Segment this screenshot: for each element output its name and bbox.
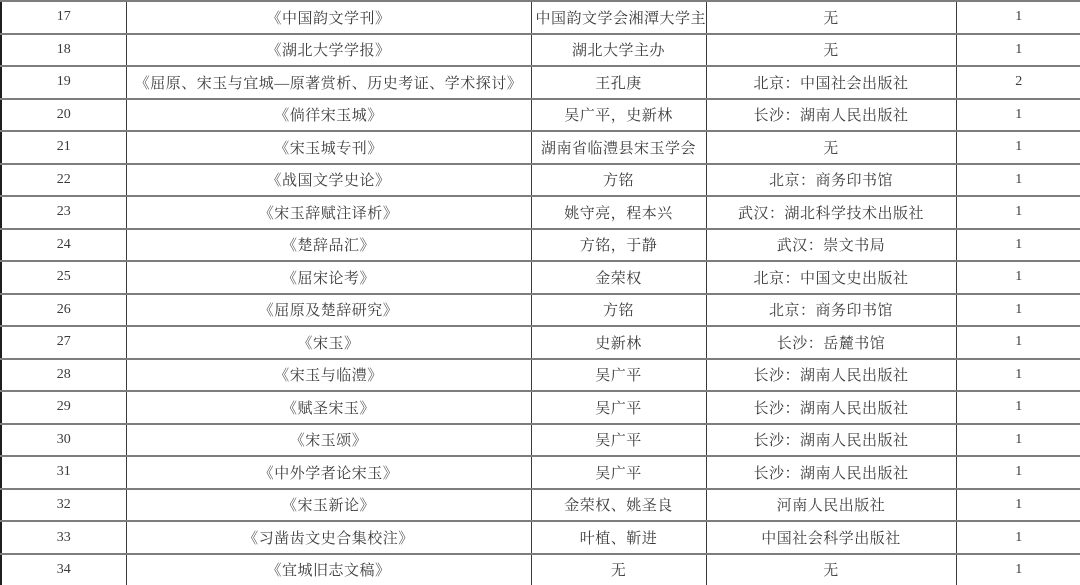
cell-no: 29	[1, 391, 126, 424]
cell-publisher: 北京：商务印书馆	[706, 294, 956, 327]
cell-title: 《习凿齿文史合集校注》	[126, 521, 531, 554]
cell-no: 33	[1, 521, 126, 554]
document-page: 17《中国韵文学刊》中国韵文学会湘潭大学主办无118《湖北大学学报》湖北大学主办…	[0, 0, 1080, 585]
cell-count: 1	[956, 34, 1080, 67]
cell-author: 吴广平，史新林	[531, 99, 706, 132]
table-row: 22《战国文学史论》方铭北京：商务印书馆1	[1, 164, 1080, 197]
table-row: 28《宋玉与临澧》吴广平长沙：湖南人民出版社1	[1, 359, 1080, 392]
cell-publisher: 中国社会科学出版社	[706, 521, 956, 554]
cell-title: 《战国文学史论》	[126, 164, 531, 197]
cell-count: 1	[956, 164, 1080, 197]
cell-no: 20	[1, 99, 126, 132]
cell-author: 方铭	[531, 294, 706, 327]
table-row: 19《屈原、宋玉与宜城—原著赏析、历史考证、学术探讨》王孔庚北京：中国社会出版社…	[1, 66, 1080, 99]
cell-author: 方铭，于静	[531, 229, 706, 262]
cell-count: 1	[956, 261, 1080, 294]
cell-publisher: 长沙：岳麓书馆	[706, 326, 956, 359]
cell-author: 吴广平	[531, 424, 706, 457]
cell-count: 1	[956, 521, 1080, 554]
cell-author: 王孔庚	[531, 66, 706, 99]
cell-title: 《屈原、宋玉与宜城—原著赏析、历史考证、学术探讨》	[126, 66, 531, 99]
cell-publisher: 北京：中国社会出版社	[706, 66, 956, 99]
cell-title: 《宋玉新论》	[126, 489, 531, 522]
cell-author: 金荣权、姚圣良	[531, 489, 706, 522]
cell-publisher: 河南人民出版社	[706, 489, 956, 522]
cell-title: 《宋玉与临澧》	[126, 359, 531, 392]
bibliography-table: 17《中国韵文学刊》中国韵文学会湘潭大学主办无118《湖北大学学报》湖北大学主办…	[0, 0, 1080, 585]
cell-count: 1	[956, 554, 1080, 585]
cell-title: 《中国韵文学刊》	[126, 1, 531, 34]
cell-publisher: 无	[706, 1, 956, 34]
cell-publisher: 长沙：湖南人民出版社	[706, 456, 956, 489]
cell-count: 1	[956, 131, 1080, 164]
cell-publisher: 北京：中国文史出版社	[706, 261, 956, 294]
cell-count: 1	[956, 294, 1080, 327]
cell-title: 《宋玉辞赋注译析》	[126, 196, 531, 229]
cell-author: 无	[531, 554, 706, 585]
cell-author: 方铭	[531, 164, 706, 197]
cell-no: 23	[1, 196, 126, 229]
cell-no: 31	[1, 456, 126, 489]
cell-count: 1	[956, 326, 1080, 359]
cell-author: 史新林	[531, 326, 706, 359]
cell-title: 《湖北大学学报》	[126, 34, 531, 67]
cell-title: 《倘徉宋玉城》	[126, 99, 531, 132]
cell-count: 1	[956, 99, 1080, 132]
cell-title: 《楚辞品汇》	[126, 229, 531, 262]
cell-publisher: 长沙：湖南人民出版社	[706, 359, 956, 392]
cell-publisher: 长沙：湖南人民出版社	[706, 391, 956, 424]
table-row: 26《屈原及楚辞研究》方铭北京：商务印书馆1	[1, 294, 1080, 327]
cell-count: 1	[956, 1, 1080, 34]
table-row: 23《宋玉辞赋注译析》姚守亮，程本兴武汉：湖北科学技术出版社1	[1, 196, 1080, 229]
cell-title: 《屈原及楚辞研究》	[126, 294, 531, 327]
cell-no: 25	[1, 261, 126, 294]
cell-count: 1	[956, 456, 1080, 489]
cell-count: 2	[956, 66, 1080, 99]
cell-author: 吴广平	[531, 359, 706, 392]
cell-no: 26	[1, 294, 126, 327]
cell-no: 21	[1, 131, 126, 164]
cell-title: 《赋圣宋玉》	[126, 391, 531, 424]
cell-title: 《宜城旧志文稿》	[126, 554, 531, 585]
table-row: 21《宋玉城专刊》湖南省临澧县宋玉学会无1	[1, 131, 1080, 164]
table-body: 17《中国韵文学刊》中国韵文学会湘潭大学主办无118《湖北大学学报》湖北大学主办…	[1, 1, 1080, 585]
cell-no: 24	[1, 229, 126, 262]
cell-title: 《宋玉城专刊》	[126, 131, 531, 164]
cell-no: 30	[1, 424, 126, 457]
cell-publisher: 长沙：湖南人民出版社	[706, 99, 956, 132]
table-row: 24《楚辞品汇》方铭，于静武汉：崇文书局1	[1, 229, 1080, 262]
cell-publisher: 长沙：湖南人民出版社	[706, 424, 956, 457]
cell-count: 1	[956, 489, 1080, 522]
cell-author: 中国韵文学会湘潭大学主办	[531, 1, 706, 34]
cell-no: 27	[1, 326, 126, 359]
cell-publisher: 无	[706, 554, 956, 585]
table-row: 30《宋玉颂》吴广平长沙：湖南人民出版社1	[1, 424, 1080, 457]
cell-author: 吴广平	[531, 391, 706, 424]
table-row: 17《中国韵文学刊》中国韵文学会湘潭大学主办无1	[1, 1, 1080, 34]
cell-author: 姚守亮，程本兴	[531, 196, 706, 229]
cell-author: 湖南省临澧县宋玉学会	[531, 131, 706, 164]
cell-title: 《宋玉颂》	[126, 424, 531, 457]
cell-count: 1	[956, 196, 1080, 229]
cell-publisher: 武汉：湖北科学技术出版社	[706, 196, 956, 229]
cell-no: 17	[1, 1, 126, 34]
table-row: 34《宜城旧志文稿》无无1	[1, 554, 1080, 585]
table-row: 18《湖北大学学报》湖北大学主办无1	[1, 34, 1080, 67]
cell-no: 18	[1, 34, 126, 67]
table-row: 32《宋玉新论》金荣权、姚圣良河南人民出版社1	[1, 489, 1080, 522]
cell-no: 19	[1, 66, 126, 99]
table-row: 27《宋玉》史新林长沙：岳麓书馆1	[1, 326, 1080, 359]
cell-author: 金荣权	[531, 261, 706, 294]
cell-author: 湖北大学主办	[531, 34, 706, 67]
cell-no: 28	[1, 359, 126, 392]
cell-publisher: 无	[706, 131, 956, 164]
cell-author: 叶植、靳进	[531, 521, 706, 554]
cell-publisher: 无	[706, 34, 956, 67]
cell-title: 《中外学者论宋玉》	[126, 456, 531, 489]
cell-publisher: 北京：商务印书馆	[706, 164, 956, 197]
cell-title: 《宋玉》	[126, 326, 531, 359]
table-row: 33《习凿齿文史合集校注》叶植、靳进中国社会科学出版社1	[1, 521, 1080, 554]
table-row: 29《赋圣宋玉》吴广平长沙：湖南人民出版社1	[1, 391, 1080, 424]
cell-count: 1	[956, 229, 1080, 262]
table-row: 20《倘徉宋玉城》吴广平，史新林长沙：湖南人民出版社1	[1, 99, 1080, 132]
table-row: 31《中外学者论宋玉》吴广平长沙：湖南人民出版社1	[1, 456, 1080, 489]
table-row: 25《屈宋论考》金荣权北京：中国文史出版社1	[1, 261, 1080, 294]
cell-no: 34	[1, 554, 126, 585]
cell-count: 1	[956, 424, 1080, 457]
cell-count: 1	[956, 391, 1080, 424]
cell-publisher: 武汉：崇文书局	[706, 229, 956, 262]
cell-author: 吴广平	[531, 456, 706, 489]
cell-title: 《屈宋论考》	[126, 261, 531, 294]
cell-no: 32	[1, 489, 126, 522]
cell-no: 22	[1, 164, 126, 197]
cell-count: 1	[956, 359, 1080, 392]
